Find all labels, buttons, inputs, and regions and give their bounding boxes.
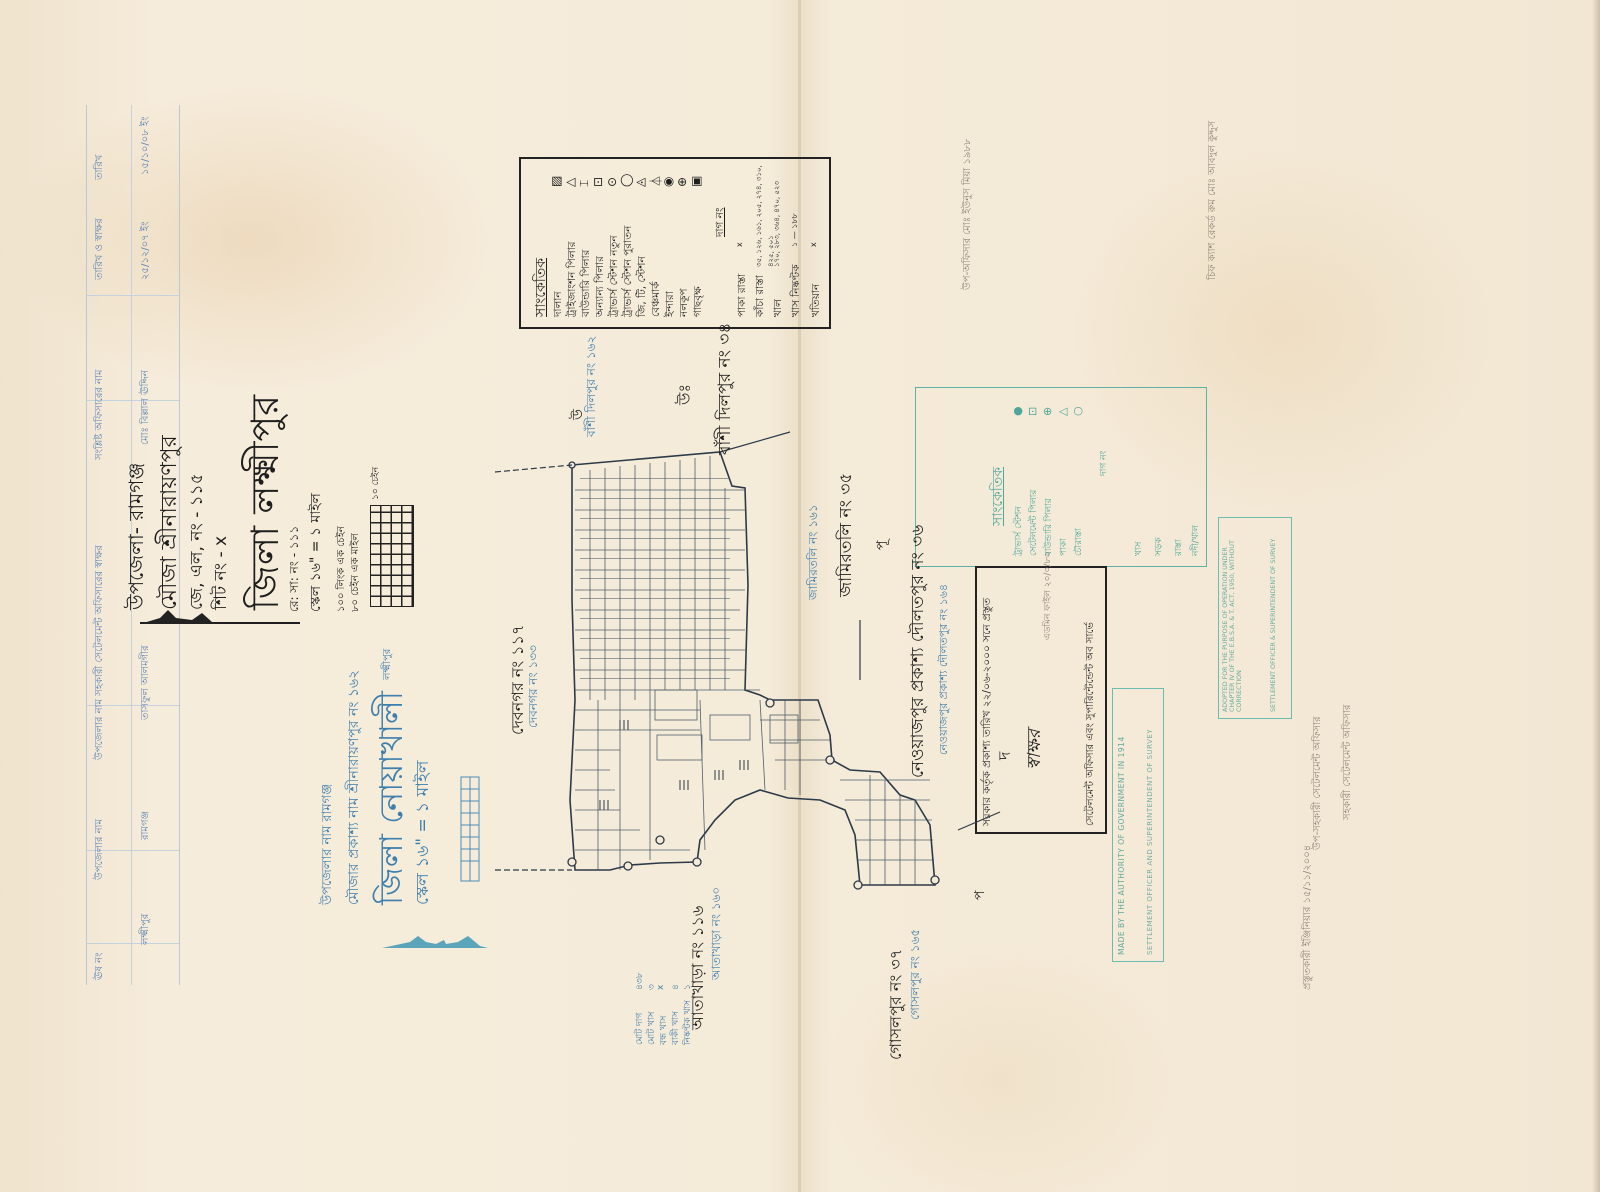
adjacent-mouza-bottom-blue: গোসলপুর নং ১৬৫ <box>907 929 927 1020</box>
mouza-map <box>0 0 1600 1192</box>
bottom-right-pencil-note: প্রস্তুতকারী ইঞ্জিনিয়ার ১৫/১১/২০০৪ <box>1300 845 1317 990</box>
adjacent-mouza-top-blue: বাঁশী দিলপুর নং ১৬২ <box>583 336 603 437</box>
summary-label: নিষ্কণ্টক খাস <box>680 1000 695 1045</box>
adjacent-mouza-left-blue: দেবনগর নং ১৩৩ <box>525 645 545 728</box>
direction-north-mark: উ <box>566 409 590 420</box>
right-pencil-note-2: সহকারী সেটেলমেন্ট অফিসার <box>1340 705 1357 820</box>
summary-value: x <box>656 985 666 990</box>
far-right-pencil-note: চিফ ক্যাশ রেকর্ড রুম মোঃ আবদুল কুদ্দুস <box>1205 121 1222 280</box>
adjacent-mouza-top-right-blue: জামিরতলি নং ১৬১ <box>805 504 825 600</box>
direction-east-mark: পূ <box>870 540 894 550</box>
direction-south-mark: দ <box>992 752 1019 760</box>
summary-value: ১ <box>680 984 695 990</box>
adjacent-mouza-bottom: গোসলপুর নং ৩৭ <box>883 949 910 1060</box>
direction-west-mark: প <box>968 890 992 900</box>
adjacent-mouza-right-blue: নেওয়াজপুর প্রকাশ্য দৌলতপুর নং ১৬৪ <box>935 584 954 755</box>
north-arrow-icon: উঃ <box>672 384 699 405</box>
adjacent-mouza-right: নেওয়াজপুর প্রকাশ্য দৌলতপুর নং ৩৬ <box>905 525 933 778</box>
traverse-station-icon <box>568 462 939 889</box>
adjacent-mouza-top: বাঁশী দিলপুর নং ৩৪ <box>712 323 740 455</box>
right-pencil-note: উপ-সহকারী সেটেলমেন্ট অফিসার <box>1310 716 1327 850</box>
adjacent-mouza-bottom-left-blue: আতাখাড়া নং ১৬০ <box>708 887 728 980</box>
adjacent-mouza-top-right: জামিরতলি নং ৩৫ <box>833 473 861 597</box>
top-right-pencil-note: উপ-অফিসার মোঃ ইউনুস মিয়া ১৯৮৮ <box>960 139 977 290</box>
